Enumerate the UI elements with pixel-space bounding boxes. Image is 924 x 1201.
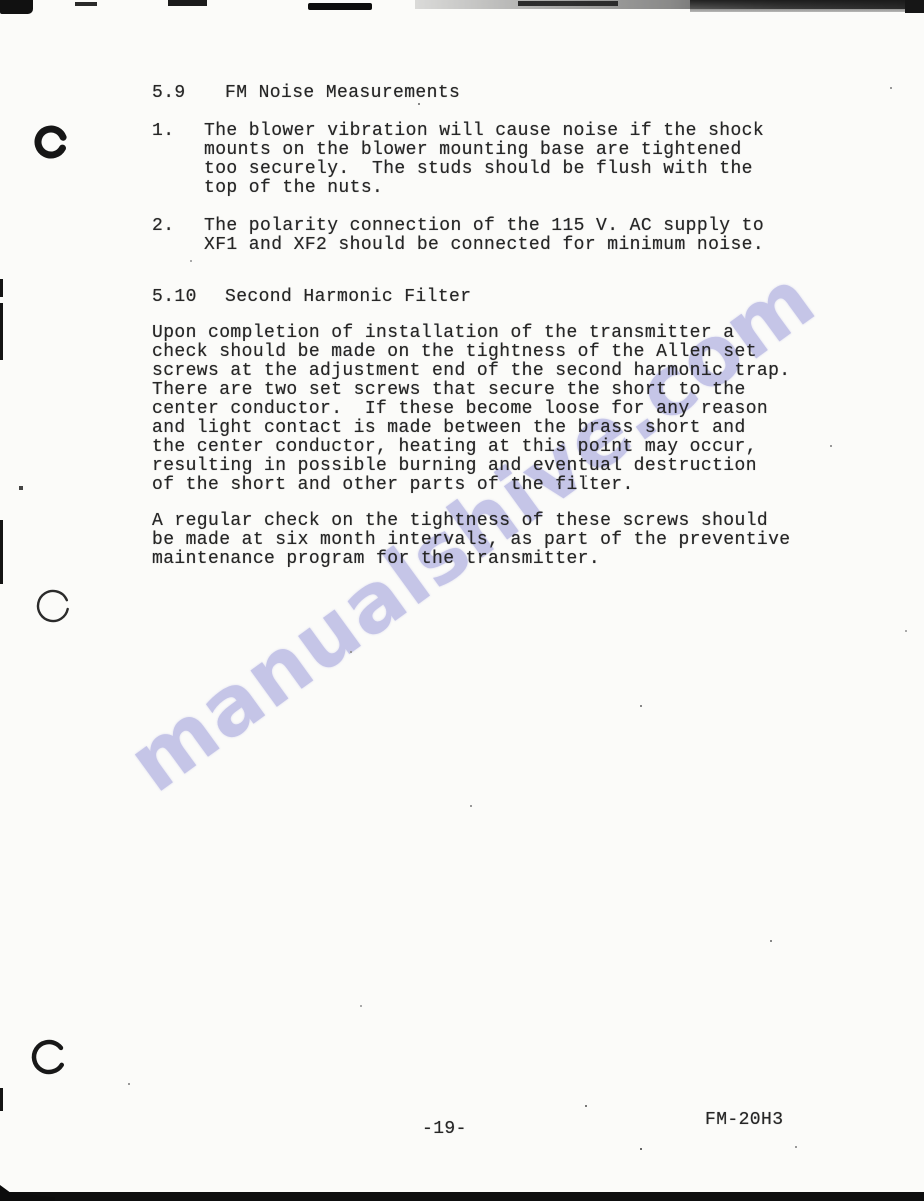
list-item-text: The blower vibration will cause noise if… <box>204 122 764 198</box>
document-number: FM-20H3 <box>705 1111 783 1130</box>
list-item: 2. The polarity connection of the 115 V.… <box>152 217 872 255</box>
scan-artifact-top-mark <box>168 0 207 6</box>
paragraph: Upon completion of installation of the t… <box>152 324 872 495</box>
section-title: FM Noise Measurements <box>225 84 460 103</box>
section-number: 5.9 <box>152 84 225 103</box>
scan-artifact-bottom-edge <box>0 1192 924 1201</box>
scan-artifact-top-corner <box>905 0 924 13</box>
scan-speckles <box>418 103 420 105</box>
list-item: 1. The blower vibration will cause noise… <box>152 122 872 198</box>
scanned-manual-page: manualshive.com 5.9 FM Noise Measurement… <box>0 0 924 1201</box>
numbered-list: 1. The blower vibration will cause noise… <box>152 122 872 255</box>
page-number: -19- <box>422 1120 467 1139</box>
paragraph: A regular check on the tightness of thes… <box>152 512 872 569</box>
scan-artifact-left-edge <box>0 279 3 297</box>
list-item-number: 1. <box>152 122 204 198</box>
scan-artifact-top-mark <box>308 3 372 10</box>
section-title: Second Harmonic Filter <box>225 288 471 307</box>
list-item-number: 2. <box>152 217 204 255</box>
scan-artifact-top-corner <box>0 0 33 14</box>
list-item-text: The polarity connection of the 115 V. AC… <box>204 217 764 255</box>
punch-hole-icon <box>34 587 74 632</box>
scan-artifact-left-edge <box>0 303 3 360</box>
section-heading-5-10: 5.10 Second Harmonic Filter <box>152 288 872 307</box>
scan-artifact-top-mark <box>75 2 97 6</box>
scan-artifact-top-band <box>690 0 924 12</box>
page-content: 5.9 FM Noise Measurements 1. The blower … <box>152 84 872 569</box>
scan-artifact-left-edge <box>0 1088 3 1111</box>
scan-artifact-left-edge <box>0 520 3 584</box>
punch-hole-icon <box>31 123 71 168</box>
section-number: 5.10 <box>152 288 225 307</box>
punch-hole-icon <box>28 1037 72 1086</box>
section-heading-5-9: 5.9 FM Noise Measurements <box>152 84 872 103</box>
